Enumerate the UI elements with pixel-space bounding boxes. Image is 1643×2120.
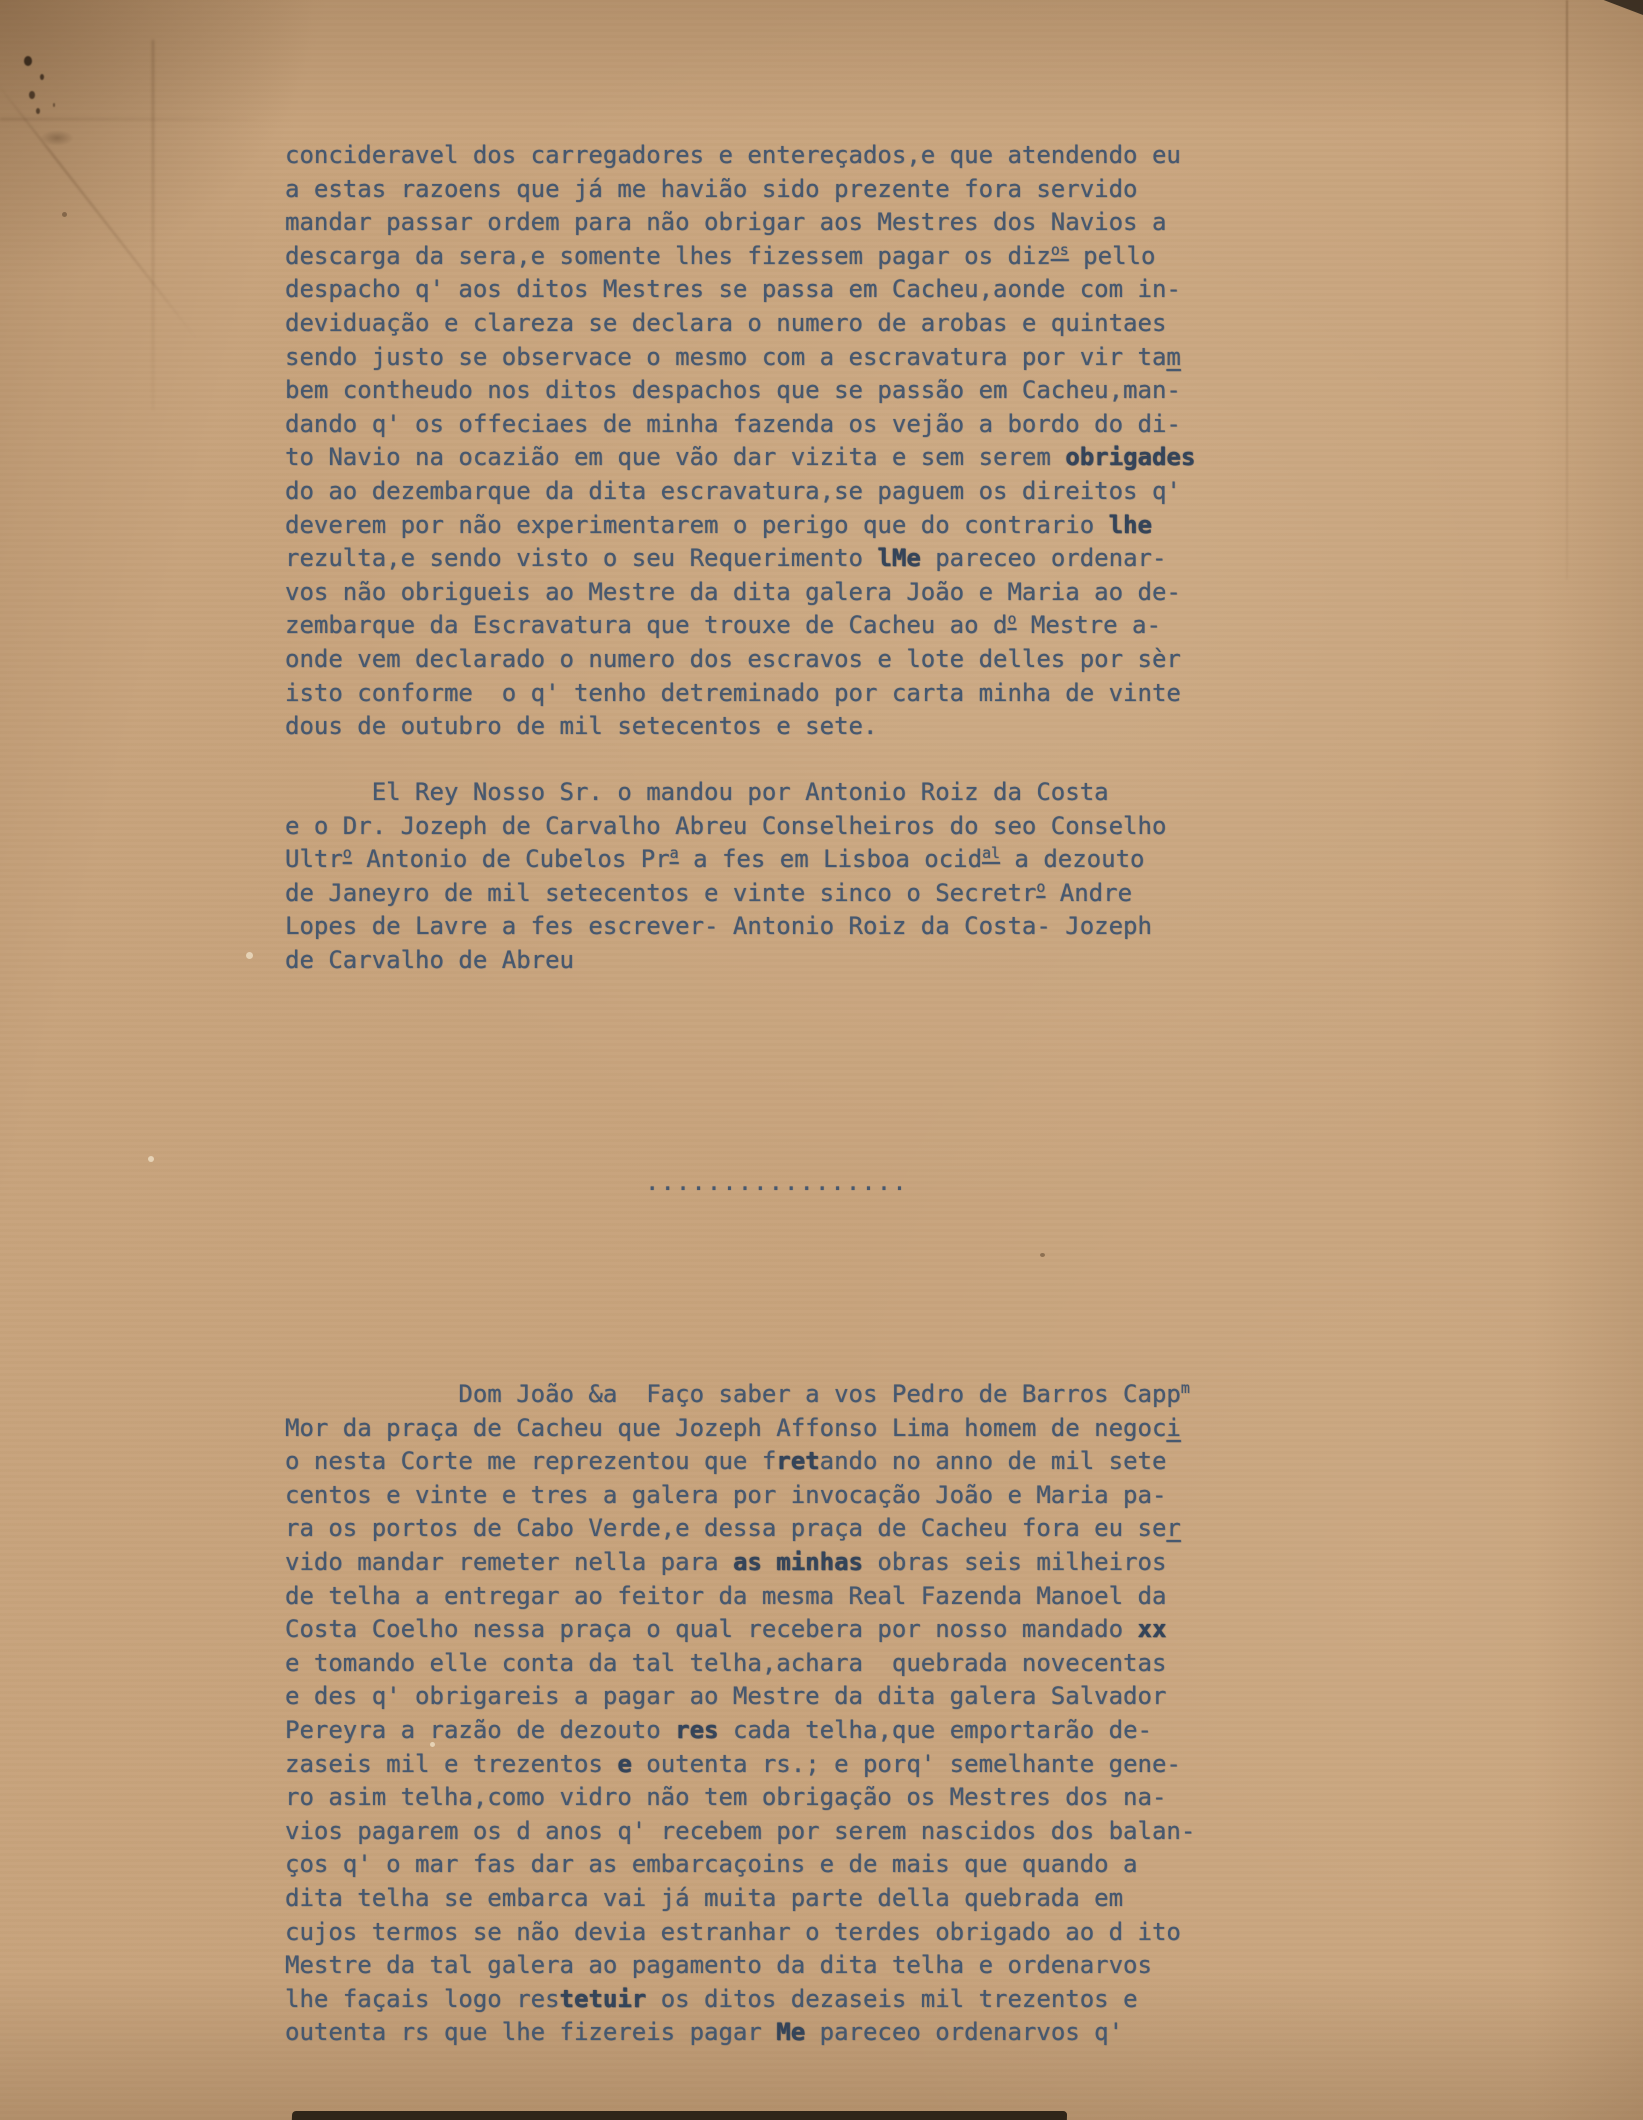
text-line: zembarque da Escravatura que trouxe de C… (285, 609, 1195, 643)
text-line: vios pagarem os d anos q' recebem por se… (285, 1815, 1195, 1849)
text-line: do ao dezembarque da dita escravatura,se… (285, 475, 1195, 509)
text-line: e o Dr. Jozeph de Carvalho Abreu Conselh… (285, 810, 1166, 844)
text-line: centos e vinte e tres a galera por invoc… (285, 1479, 1195, 1513)
text-line: ra os portos de Cabo Verde,e dessa praça… (285, 1512, 1195, 1546)
text-line: lhe façais logo restetuir os ditos dezas… (285, 1983, 1195, 2017)
text-line: deviduação e clareza se declara o numero… (285, 307, 1195, 341)
ink-stain-specks (24, 56, 32, 66)
text-line: de telha a entregar ao feitor da mesma R… (285, 1580, 1195, 1614)
paper-fleck (62, 212, 67, 217)
text-line: Mestre da tal galera ao pagamento da dit… (285, 1949, 1195, 1983)
text-line: El Rey Nosso Sr. o mandou por Antonio Ro… (285, 776, 1166, 810)
text-line: isto conforme o q' tenho detreminado por… (285, 677, 1195, 711)
paragraph-1: concideravel dos carregadores e entereça… (285, 139, 1195, 744)
text-line: zaseis mil e trezentos e outenta rs.; e … (285, 1748, 1195, 1782)
paper-fleck (246, 952, 253, 959)
text-line: rezulta,e sendo visto o seu Requerimento… (285, 542, 1195, 576)
dotted-separator: ................. (645, 1168, 908, 1196)
text-line: Pereyra a razão de dezouto res cada telh… (285, 1714, 1195, 1748)
text-line: despacho q' aos ditos Mestres se passa e… (285, 273, 1195, 307)
text-line: dita telha se embarca vai já muita parte… (285, 1882, 1195, 1916)
text-line: Costa Coelho nessa praça o qual recebera… (285, 1613, 1195, 1647)
text-line: Dom João &a Faço saber a vos Pedro de Ba… (285, 1378, 1195, 1412)
text-line: e des q' obrigareis a pagar ao Mestre da… (285, 1680, 1195, 1714)
text-line: o nesta Corte me reprezentou que fretand… (285, 1445, 1195, 1479)
text-line: outenta rs que lhe fizereis pagar Me par… (285, 2016, 1195, 2050)
text-line: Ultro Antonio de Cubelos Pra a fes em Li… (285, 843, 1166, 877)
text-line: vos não obrigueis ao Mestre da dita gale… (285, 576, 1195, 610)
text-line: bem contheudo nos ditos despachos que se… (285, 374, 1195, 408)
text-line: mandar passar ordem para não obrigar aos… (285, 206, 1195, 240)
crease-mark (152, 40, 154, 410)
text-line: onde vem declarado o numero dos escravos… (285, 643, 1195, 677)
paragraph-2: El Rey Nosso Sr. o mandou por Antonio Ro… (285, 776, 1166, 978)
text-line: dous de outubro de mil setecentos e sete… (285, 710, 1195, 744)
text-line: Mor da praça de Cacheu que Jozeph Affons… (285, 1412, 1195, 1446)
text-line: descarga da sera,e somente lhes fizessem… (285, 240, 1195, 274)
text-line: concideravel dos carregadores e entereça… (285, 139, 1195, 173)
paper-fleck (1040, 1253, 1045, 1257)
text-line: cujos termos se não devia estranhar o te… (285, 1916, 1195, 1950)
text-line: a estas razoens que já me havião sido pr… (285, 173, 1195, 207)
text-line: de Carvalho de Abreu (285, 944, 1166, 978)
crease-mark (0, 118, 260, 120)
text-line: sendo justo se observace o mesmo com a e… (285, 341, 1195, 375)
page-edge-line (1566, 0, 1568, 580)
text-line: vido mandar remeter nella para as minhas… (285, 1546, 1195, 1580)
paragraph-3: Dom João &a Faço saber a vos Pedro de Ba… (285, 1378, 1195, 2050)
text-line: ro asim telha,como vidro não tem obrigaç… (285, 1781, 1195, 1815)
text-line: ços q' o mar fas dar as embarcaçoins e d… (285, 1848, 1195, 1882)
document-page: concideravel dos carregadores e entereça… (0, 0, 1643, 2120)
page-edge-shadow (292, 2111, 1067, 2120)
text-line: Lopes de Lavre a fes escrever- Antonio R… (285, 910, 1166, 944)
text-line: e tomando elle conta da tal telha,achara… (285, 1647, 1195, 1681)
paper-fleck (148, 1156, 154, 1162)
text-line: deverem por não experimentarem o perigo … (285, 509, 1195, 543)
corner-tear (1595, 0, 1643, 15)
text-line: dando q' os offeciaes de minha fazenda o… (285, 408, 1195, 442)
text-line: to Navio na ocazião em que vão dar vizit… (285, 441, 1195, 475)
text-line: de Janeyro de mil setecentos e vinte sin… (285, 877, 1166, 911)
